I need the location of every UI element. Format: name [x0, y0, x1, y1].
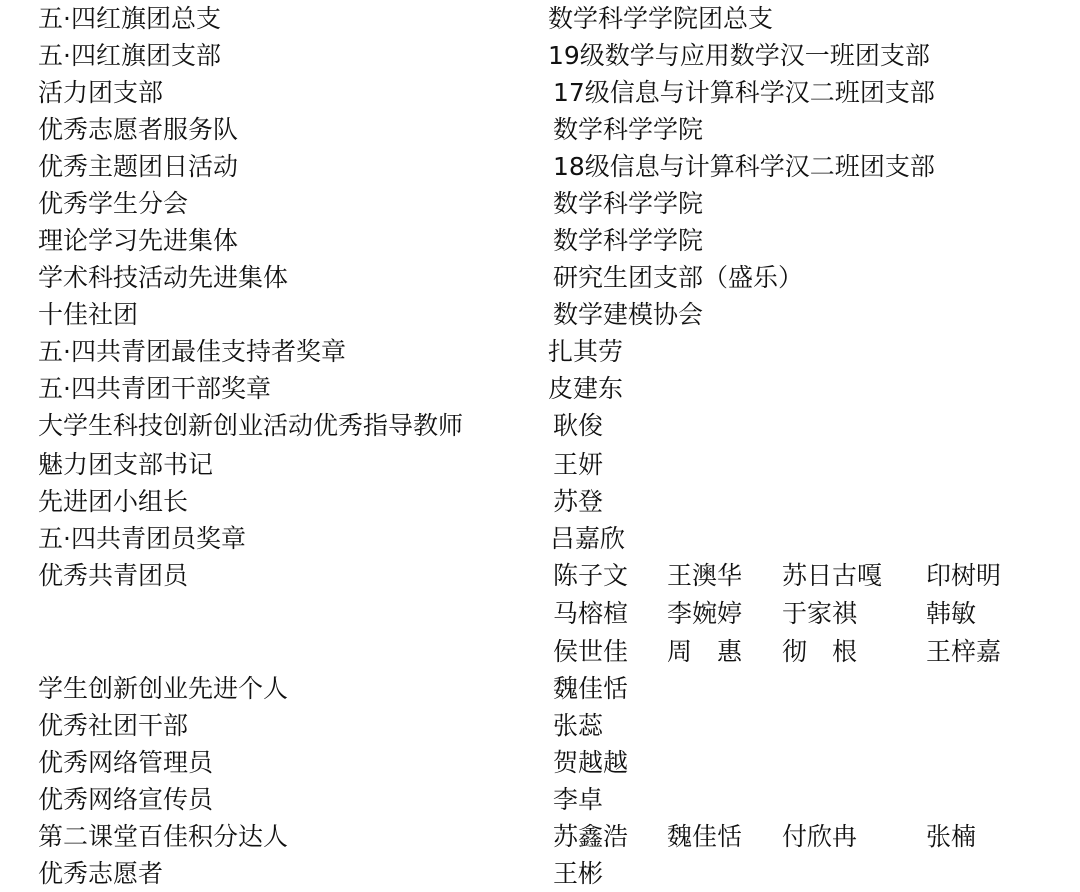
award-recipient: 18级信息与计算科学汉二班团支部: [553, 148, 935, 185]
award-recipient: 李卓: [553, 781, 603, 818]
award-label: 优秀网络宣传员: [38, 781, 213, 818]
award-recipient: 19级数学与应用数学汉一班团支部: [548, 37, 930, 74]
award-recipient: 17级信息与计算科学汉二班团支部: [553, 74, 935, 111]
award-label: 理论学习先进集体: [38, 222, 238, 259]
award-label: 五·四红旗团总支: [38, 0, 221, 37]
award-recipient: 王妍: [553, 446, 603, 483]
member-name: 于家祺: [782, 595, 857, 632]
award-label: 学生创新创业先进个人: [38, 670, 288, 707]
award-label: 优秀共青团员: [38, 557, 188, 594]
member-name: 李婉婷: [667, 595, 742, 632]
member-name: 魏佳恬: [667, 818, 742, 855]
award-row: 优秀学生分会 数学科学学院: [0, 185, 1080, 222]
award-row: 优秀主题团日活动 18级信息与计算科学汉二班团支部: [0, 148, 1080, 185]
award-row: 学术科技活动先进集体 研究生团支部（盛乐）: [0, 259, 1080, 296]
member-name: 陈子文: [553, 557, 628, 594]
member-name: 苏鑫浩: [553, 818, 628, 855]
award-recipient: 数学科学学院: [553, 222, 703, 259]
award-label: 魅力团支部书记: [38, 446, 213, 483]
award-recipient: 数学科学学院: [553, 185, 703, 222]
member-name: 侯世佳: [553, 633, 628, 670]
member-name: 张楠: [926, 818, 976, 855]
award-label: 优秀志愿者服务队: [38, 111, 238, 148]
award-recipient: 苏登: [553, 483, 603, 520]
award-recipient: 扎其劳: [548, 333, 623, 370]
award-row: 理论学习先进集体 数学科学学院: [0, 222, 1080, 259]
award-recipient: 耿俊: [553, 407, 603, 444]
member-name: 王梓嘉: [926, 633, 1001, 670]
award-recipient: 魏佳恬: [553, 670, 628, 707]
award-row: 学生创新创业先进个人 魏佳恬: [0, 670, 1080, 707]
award-row: 优秀网络管理员 贺越越: [0, 744, 1080, 781]
award-row: 优秀社团干部 张蕊: [0, 707, 1080, 744]
award-label: 第二课堂百佳积分达人: [38, 818, 288, 855]
award-recipient: 贺越越: [553, 744, 628, 781]
award-recipient: 数学建模协会: [553, 296, 703, 333]
award-row: 五·四红旗团总支 数学科学学院团总支: [0, 0, 1080, 37]
member-name: 周 惠: [667, 633, 742, 670]
award-label: 五·四红旗团支部: [38, 37, 221, 74]
award-recipient: 张蕊: [553, 707, 603, 744]
award-row: 优秀网络宣传员 李卓: [0, 781, 1080, 818]
award-label: 优秀志愿者: [38, 855, 163, 892]
award-label: 学术科技活动先进集体: [38, 259, 288, 296]
award-recipient: 吕嘉欣: [550, 520, 625, 557]
award-row: 活力团支部 17级信息与计算科学汉二班团支部: [0, 74, 1080, 111]
award-label: 优秀主题团日活动: [38, 148, 238, 185]
member-name: 马榕楦: [553, 595, 628, 632]
member-name: 王澳华: [667, 557, 742, 594]
award-row: 先进团小组长 苏登: [0, 483, 1080, 520]
award-label: 十佳社团: [38, 296, 138, 333]
member-name: 苏日古嘎: [782, 557, 882, 594]
award-row-excellent-members: 优秀共青团员 陈子文 王澳华 苏日古嘎 印树明: [0, 557, 1080, 594]
member-name: 付欣冉: [782, 818, 857, 855]
member-name: 韩敏: [926, 595, 976, 632]
award-label: 大学生科技创新创业活动优秀指导教师: [38, 407, 463, 444]
award-row: 大学生科技创新创业活动优秀指导教师 耿俊: [0, 407, 1080, 444]
award-row: 五·四共青团干部奖章 皮建东: [0, 370, 1080, 407]
member-name: 彻 根: [782, 633, 857, 670]
award-label: 五·四共青团干部奖章: [38, 370, 271, 407]
award-row: 优秀志愿者服务队 数学科学学院: [0, 111, 1080, 148]
award-recipient: 数学科学学院团总支: [548, 0, 773, 37]
member-names-row: 侯世佳 周 惠 彻 根 王梓嘉: [0, 633, 1080, 670]
award-label: 五·四共青团最佳支持者奖章: [38, 333, 346, 370]
award-recipient: 皮建东: [548, 370, 623, 407]
award-row: 五·四共青团员奖章 吕嘉欣: [0, 520, 1080, 557]
award-row: 五·四共青团最佳支持者奖章 扎其劳: [0, 333, 1080, 370]
award-label: 优秀网络管理员: [38, 744, 213, 781]
award-label: 五·四共青团员奖章: [38, 520, 246, 557]
award-label: 优秀学生分会: [38, 185, 188, 222]
award-row-points: 第二课堂百佳积分达人 苏鑫浩 魏佳恬 付欣冉 张楠: [0, 818, 1080, 855]
award-label: 优秀社团干部: [38, 707, 188, 744]
award-row: 十佳社团 数学建模协会: [0, 296, 1080, 333]
member-names-row: 马榕楦 李婉婷 于家祺 韩敏: [0, 595, 1080, 632]
award-row: 魅力团支部书记 王妍: [0, 446, 1080, 483]
award-row: 优秀志愿者 王彬: [0, 855, 1080, 892]
award-recipient: 数学科学学院: [553, 111, 703, 148]
member-name: 印树明: [926, 557, 1001, 594]
award-recipient: 研究生团支部（盛乐）: [553, 259, 803, 296]
award-row: 五·四红旗团支部 19级数学与应用数学汉一班团支部: [0, 37, 1080, 74]
award-label: 活力团支部: [38, 74, 163, 111]
award-label: 先进团小组长: [38, 483, 188, 520]
award-recipient: 王彬: [553, 855, 603, 892]
